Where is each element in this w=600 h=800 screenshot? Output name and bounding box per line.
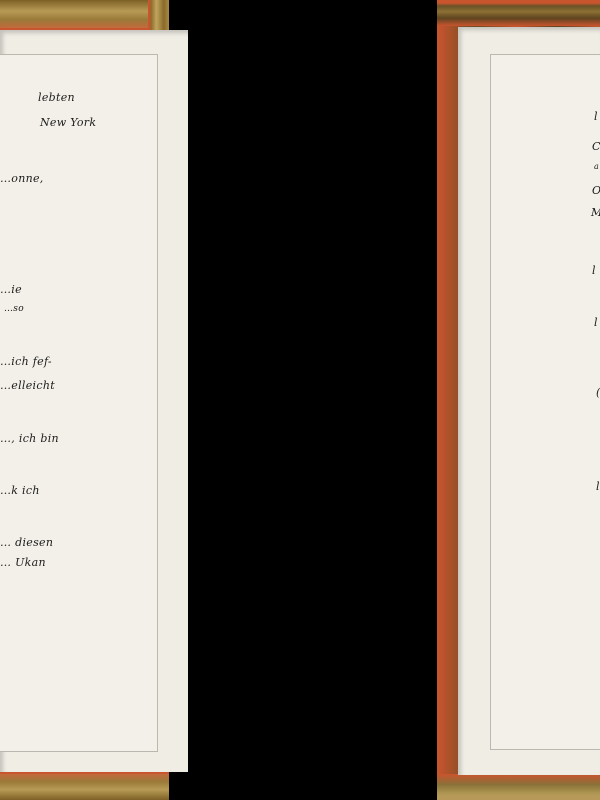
handwritten-line: l [596, 480, 600, 493]
right-letter-paper [490, 54, 600, 750]
handwritten-line: a [594, 162, 599, 171]
handwritten-line: l [592, 264, 596, 277]
handwritten-line: …elleicht [0, 379, 55, 392]
handwritten-line: C [592, 140, 600, 153]
right-frame-bottom-rail [437, 774, 600, 800]
handwritten-line: New York [40, 116, 96, 129]
left-frame-bottom-rail [0, 772, 169, 800]
handwritten-line: O [592, 184, 600, 197]
right-frame-top-rail [437, 0, 600, 26]
handwritten-line: …onne, [0, 172, 44, 185]
handwritten-line: … diesen [0, 536, 53, 549]
handwritten-line: …so [4, 304, 24, 314]
left-frame-top-rail [0, 0, 169, 30]
handwritten-line: …k ich [0, 484, 40, 497]
handwritten-line: lebten [38, 91, 75, 104]
handwritten-line: M [591, 206, 600, 219]
handwritten-line: …ich fef- [0, 355, 52, 368]
handwritten-line: …ie [0, 283, 22, 296]
handwritten-line: ( [596, 386, 600, 399]
handwritten-line: …, ich bin [0, 432, 59, 445]
handwritten-line: l [594, 110, 598, 123]
left-letter-paper [0, 54, 158, 752]
handwritten-line: l [594, 316, 598, 329]
handwritten-line: … Ukan [0, 556, 46, 569]
